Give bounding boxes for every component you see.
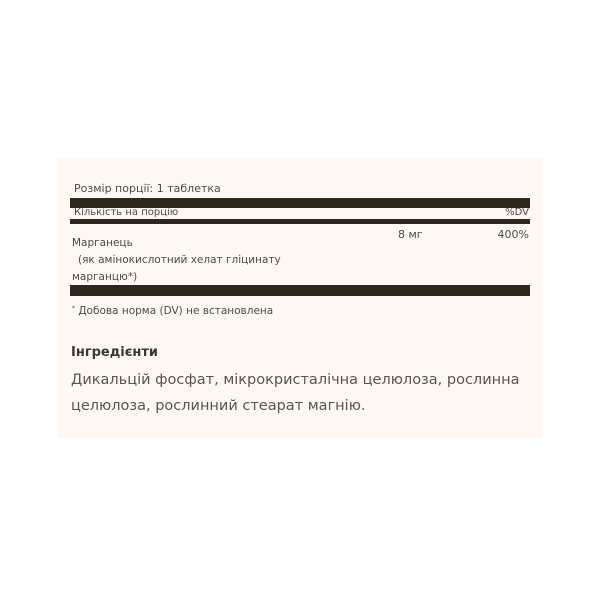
nutrient-row: Марганець (як амінокислотний хелат гліци…	[72, 235, 342, 286]
footnote-text: Добова норма (DV) не встановлена	[78, 305, 273, 317]
footnote: * Добова норма (DV) не встановлена	[72, 305, 273, 317]
nutrient-amount: 8 мг	[398, 228, 423, 241]
divider-bar	[70, 219, 530, 224]
divider-bar	[70, 285, 530, 296]
nutrient-name: Марганець	[72, 235, 342, 252]
supplement-facts-panel: Розмір порції: 1 таблетка Кількість на п…	[57, 158, 543, 438]
nutrient-detail: марганцю*)	[72, 269, 342, 286]
footnote-mark: *	[72, 305, 75, 312]
ingredients-text: Дикальцій фосфат, мікрокристалічна целюл…	[71, 367, 541, 419]
ingredients-title: Інгредієнти	[71, 345, 158, 360]
serving-size: Розмір порції: 1 таблетка	[74, 182, 221, 195]
nutrient-detail: (як амінокислотний хелат гліцинату	[72, 252, 342, 269]
amount-per-serving-header: Кількість на порцію	[74, 207, 178, 218]
dv-header: %DV	[505, 207, 529, 218]
nutrient-dv: 400%	[498, 228, 529, 241]
